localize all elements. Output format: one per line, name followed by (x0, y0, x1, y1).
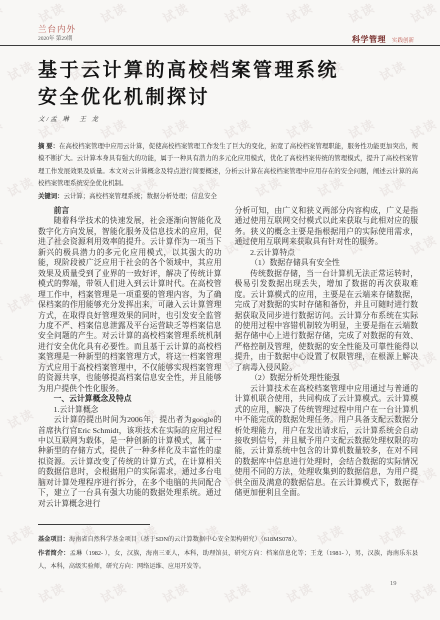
body-heading: （1）数据存储具有安全性 (235, 258, 419, 268)
body-columns: 前言随着科学技术的快速发展，社会逐渐向智能化及数字化方向发展，智能化服务及信息技… (38, 206, 418, 522)
watermark-stamp: 试读 (284, 114, 317, 142)
abstract-text: 在高校档案管理中应用云计算，促使高校档案管理工作发生了巨大的变化，拓宽了高校档案… (38, 143, 418, 187)
body-heading: 1.云计算概念 (38, 405, 222, 415)
body-heading: （2）数据分析处理性能强 (235, 373, 419, 383)
header-left: 兰台内外 2020年 第29期 (38, 24, 76, 43)
footnote-bio-label: 作者简介： (38, 550, 70, 557)
watermark-stamp: 试读 (0, 0, 6, 27)
watermark-stamp: 试读 (408, 578, 440, 606)
watermark-stamp: 试读 (0, 346, 6, 374)
body-paragraph: 传统数据存储，当一台计算机无法正常运转时，极易引发数据出现丢失，增加了数据的再次… (235, 269, 419, 374)
watermark-stamp: 试读 (222, 0, 255, 27)
watermark-stamp: 试读 (160, 578, 193, 606)
watermark-stamp: 试读 (98, 0, 131, 27)
watermark-stamp: 试读 (160, 0, 193, 27)
footnote-bio: 作者简介：孟琳（1982- ），女，汉族，海南三亚人，本科，助理馆员，研究方向：… (38, 547, 418, 574)
watermark-stamp: 试读 (0, 578, 6, 606)
body-heading: 一、云计算概念及特点 (38, 394, 222, 404)
body-paragraph: 云计算的提出时间为2006年，提出者为google的首席执行官Eric Schm… (38, 415, 222, 509)
body-heading: 前言 (38, 206, 222, 216)
watermark-stamp: 试读 (284, 0, 317, 27)
watermark-stamp: 试读 (5, 56, 38, 84)
abstract-block: 摘 要：在高校档案管理中应用云计算，促使高校档案管理工作发生了巨大的变化，拓宽了… (38, 141, 418, 204)
footnote-block: 基金项目：海南省自然科学基金项目（基于SDN的云计算数据中心安全架构研究）（61… (38, 524, 418, 574)
watermark-stamp: 试读 (346, 578, 379, 606)
watermark-stamp: 试读 (5, 288, 38, 316)
watermark-stamp: 试读 (0, 462, 6, 490)
watermark-stamp: 试读 (222, 578, 255, 606)
watermark-stamp: 试读 (346, 0, 379, 27)
page-number: 19 (390, 580, 397, 587)
journal-name: 兰台内外 (38, 24, 76, 35)
footnote-fund-text: 海南省自然科学基金项目（基于SDN的云计算数据中心安全架构研究）（618MS07… (69, 536, 301, 543)
body-paragraph: 分析可知，由广义和狭义两部分内容构成，广义是指通过使用互联网交付模式以此来获取与… (235, 206, 419, 248)
keywords-line: 关键词：云计算；高校档案管理系统；数据分析处理；信息安全 (38, 191, 418, 203)
watermark-stamp: 试读 (5, 520, 38, 548)
paper-page: 兰台内外 2020年 第29期 科学管理 实践创新 基于云计算的高校档案管理系统… (0, 0, 440, 620)
watermark-stamp: 试读 (36, 0, 69, 27)
watermark-stamp: 试读 (98, 578, 131, 606)
page-title-line1: 基于云计算的高校档案管理系统 (38, 57, 408, 84)
section-badge: 科学管理 (352, 35, 386, 44)
watermark-stamp: 试读 (5, 404, 38, 432)
page-title-line2: 安全优化机制探讨 (38, 84, 408, 111)
abstract-paragraph: 摘 要：在高校档案管理中应用云计算，促使高校档案管理工作发生了巨大的变化，拓宽了… (38, 141, 418, 191)
footnote-bio-text: 孟琳（1982- ），女，汉族，海南三亚人，本科，助理馆员，研究方向：档案信息化… (38, 550, 418, 571)
body-paragraph: 随着科学技术的快速发展，社会逐渐向智能化及数字化方向发展，智能化服务及信息技术的… (38, 216, 222, 394)
watermark-stamp: 试读 (98, 114, 131, 142)
page-title: 基于云计算的高校档案管理系统 安全优化机制探讨 (38, 57, 408, 111)
footnote-rule (38, 524, 150, 525)
watermark-stamp: 试读 (284, 578, 317, 606)
journal-issue: 2020年 第29期 (38, 36, 76, 43)
authors-line: 文/孟 琳 王 龙 (38, 114, 100, 123)
body-column-left: 前言随着科学技术的快速发展，社会逐渐向智能化及数字化方向发展，智能化服务及信息技… (38, 206, 222, 522)
body-paragraph: 云计算技术在高校档案管理中应用通过与普通的计算机联合使用，共同构成了云计算模式。… (235, 384, 419, 499)
body-heading: 2.云计算特点 (235, 248, 419, 258)
keywords-text: 云计算；高校档案管理系统；数据分析处理；信息安全 (64, 193, 217, 200)
watermark-stamp: 试读 (0, 114, 6, 142)
footnote-fund: 基金项目：海南省自然科学基金项目（基于SDN的云计算数据中心安全架构研究）（61… (38, 533, 418, 547)
watermark-stamp: 试读 (346, 114, 379, 142)
abstract-label: 摘 要： (38, 143, 59, 150)
header-rule (0, 45, 440, 46)
watermark-stamp: 试读 (0, 230, 6, 258)
body-column-right: 分析可知，由广义和狭义两部分内容构成，广义是指通过使用互联网交付模式以此来获取与… (235, 206, 419, 522)
watermark-stamp: 试读 (222, 114, 255, 142)
footnote-fund-label: 基金项目： (38, 536, 69, 543)
watermark-stamp: 试读 (408, 114, 440, 142)
keywords-label: 关键词： (38, 193, 64, 200)
watermark-stamp: 试读 (36, 578, 69, 606)
watermark-stamp: 试读 (160, 114, 193, 142)
section-subtitle: 实践创新 (392, 38, 414, 44)
watermark-stamp: 试读 (5, 172, 38, 200)
watermark-stamp: 试读 (408, 0, 440, 27)
